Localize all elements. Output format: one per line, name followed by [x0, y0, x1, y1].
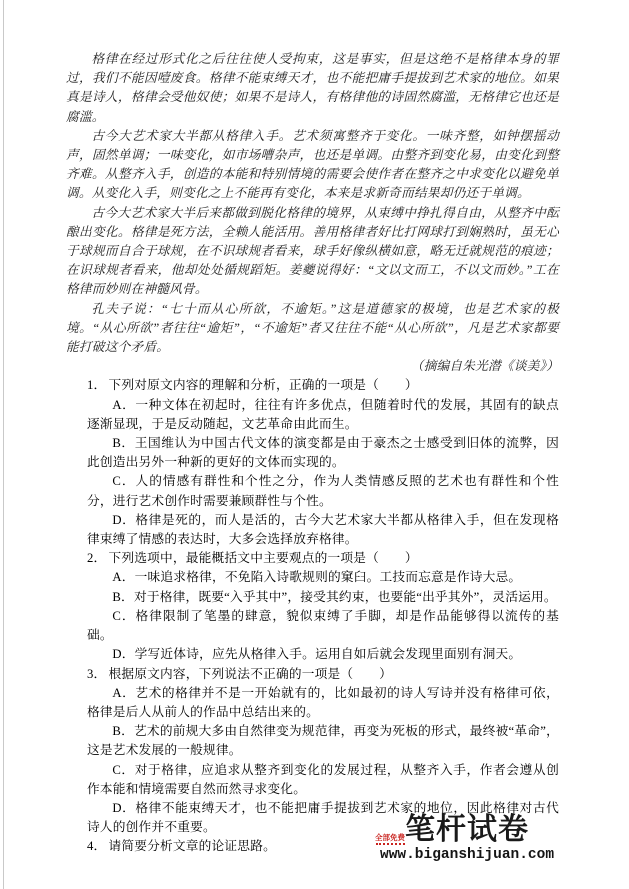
question-2-option-a: A．一味追求格律，不免陷入诗歌规则的窠臼。工技而忘意是作诗大忌。 — [87, 568, 559, 587]
question-2-option-d: D．学写近体诗，应先从格律入手。运用自如后就会发现里面别有洞天。 — [87, 645, 559, 664]
watermark-free-badge: 全部免费 — [375, 833, 405, 845]
reading-passage: 格律在经过形式化之后往往使人受拘束，这是事实，但是这绝不是格律本身的罪过，我们不… — [66, 50, 559, 376]
question-1-number: 1． — [87, 378, 108, 392]
question-2-number: 2． — [87, 551, 108, 565]
watermark-url: www.biganshijuan.com — [380, 846, 555, 865]
passage-paragraph-1: 格律在经过形式化之后往往使人受拘束，这是事实，但是这绝不是格律本身的罪过，我们不… — [66, 50, 559, 127]
passage-paragraph-3: 古今大艺术家大半后来都做到脱化格律的境界，从束缚中挣扎得自由，从整齐中酝酿出变化… — [66, 204, 559, 300]
question-3-number: 3． — [87, 667, 108, 681]
question-1-option-d: D．格律是死的，而人是活的，古今大艺术家大半都从格律入手，但在发现格律束缚了情感… — [87, 511, 559, 549]
question-1: 1．下列对原文内容的理解和分析，正确的一项是（ ） A．一种文体在初起时，往往有… — [87, 376, 559, 549]
passage-source-attribution: （摘编自朱光潜《谈美》） — [66, 357, 559, 376]
question-1-option-b: B．王国维认为中国古代文体的演变都是由于豪杰之士感受到旧体的流弊，因此创造出另外… — [87, 434, 559, 472]
question-3-stem-text: 根据原文内容，下列说法不正确的一项是（ ） — [108, 667, 392, 681]
watermark: 全部免费 笔杆试卷 www.biganshijuan.com — [375, 814, 555, 865]
watermark-brand-title: 笔杆试卷 — [405, 814, 529, 846]
question-1-option-a: A．一种文体在初起时，往往有许多优点，但随着时代的发展，其固有的缺点逐渐显现，于… — [87, 396, 559, 434]
question-4-stem-text: 请简要分析文章的论证思路。 — [108, 839, 276, 853]
question-1-stem-text: 下列对原文内容的理解和分析，正确的一项是（ ） — [108, 378, 417, 392]
watermark-dotted-line — [376, 843, 405, 845]
watermark-top-row: 全部免费 笔杆试卷 — [375, 814, 555, 846]
question-2-stem: 2．下列选项中，最能概括文中主要观点的一项是（ ） — [87, 549, 559, 568]
watermark-free-label: 全部免费 — [375, 833, 405, 842]
question-3-stem: 3．根据原文内容，下列说法不正确的一项是（ ） — [87, 665, 559, 684]
question-2-stem-text: 下列选项中，最能概括文中主要观点的一项是（ ） — [108, 551, 417, 565]
question-2: 2．下列选项中，最能概括文中主要观点的一项是（ ） A．一味追求格律，不免陷入诗… — [87, 549, 559, 664]
question-list: 1．下列对原文内容的理解和分析，正确的一项是（ ） A．一种文体在初起时，往往有… — [66, 376, 559, 856]
page-edge-line — [3, 0, 4, 889]
question-3-option-a: A．艺术的格律并不是一开始就有的，比如最初的诗人写诗并没有格律可依，格律是后人从… — [87, 684, 559, 722]
exam-page: 格律在经过形式化之后往往使人受拘束，这是事实，但是这绝不是格律本身的罪过，我们不… — [0, 0, 629, 889]
question-2-option-c: C．格律限制了笔墨的肆意，貌似束缚了手脚，却是作品能够得以流传的基础。 — [87, 607, 559, 645]
question-1-option-c: C．人的情感有群性和个性之分，作为人类情感反照的艺术也有群性和个性分，进行艺术创… — [87, 472, 559, 510]
question-1-stem: 1．下列对原文内容的理解和分析，正确的一项是（ ） — [87, 376, 559, 395]
passage-paragraph-2: 古今大艺术家大半都从格律入手。艺术须寓整齐于变化。一味齐整，如钟摆摇动声，固然单… — [66, 127, 559, 204]
question-2-option-b: B．对于格律，既要“入乎其中”，接受其约束，也要能“出乎其外”，灵活运用。 — [87, 588, 559, 607]
question-3-option-c: C．对于格律，应追求从整齐到变化的发展过程，从整齐入手，作者会遵从创作本能和情境… — [87, 761, 559, 799]
question-3-option-b: B．艺术的前规大多由自然律变为规范律，再变为死板的形式，最终被“革命”，这是艺术… — [87, 722, 559, 760]
question-3: 3．根据原文内容，下列说法不正确的一项是（ ） A．艺术的格律并不是一开始就有的… — [87, 665, 559, 838]
page-content: 格律在经过形式化之后往往使人受拘束，这是事实，但是这绝不是格律本身的罪过，我们不… — [66, 50, 559, 857]
passage-paragraph-4: 孔夫子说：“七十而从心所欲，不逾矩。”这是道德家的极境，也是艺术家的极境。“从心… — [66, 300, 559, 358]
question-4-number: 4． — [87, 839, 108, 853]
